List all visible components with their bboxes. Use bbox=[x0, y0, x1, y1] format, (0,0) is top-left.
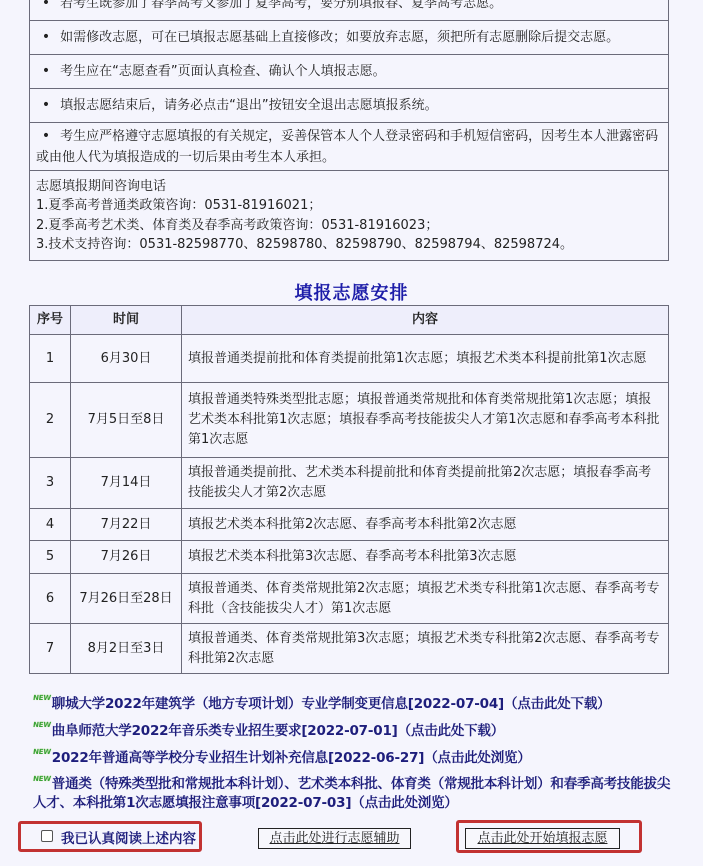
news-link-liaocheng[interactable]: NEW聊城大学2022年建筑学（地方专项计划）专业学制变更信息[2022-07-… bbox=[33, 694, 673, 714]
table-row: 7 8月2日至3日 填报普通类、体育类常规批第3次志愿；填报艺术类专科批第2次志… bbox=[30, 624, 669, 674]
notice-row: • 如需修改志愿，可在已填报志愿基础上直接修改；如要放弃志愿，须把所有志愿删除后… bbox=[30, 21, 669, 55]
notice-text: 若考生既参加了春季高考又参加了夏季高考，要分别填报春、夏季高考志愿。 bbox=[60, 0, 502, 11]
notice-table: • 若考生既参加了春季高考又参加了夏季高考，要分别填报春、夏季高考志愿。 • 如… bbox=[29, 0, 669, 261]
contact-row: 志愿填报期间咨询电话 1.夏季高考普通类政策咨询：0531-81916021； … bbox=[30, 171, 669, 261]
notice-text: 考生应在“志愿查看”页面认真检查、确认个人填报志愿。 bbox=[60, 64, 385, 79]
row-date: 7月22日 bbox=[71, 509, 182, 541]
bullet-icon: • bbox=[36, 27, 56, 47]
assist-button[interactable]: 点击此处进行志愿辅助 bbox=[258, 828, 411, 849]
row-date: 8月2日至3日 bbox=[71, 624, 182, 674]
new-badge-icon: NEW bbox=[32, 775, 51, 783]
row-date: 7月26日 bbox=[71, 541, 182, 574]
column-header-content: 内容 bbox=[182, 306, 669, 335]
new-badge-icon: NEW bbox=[32, 694, 51, 702]
agree-label[interactable]: 我已认真阅读上述内容 bbox=[61, 827, 196, 847]
row-no: 3 bbox=[30, 458, 71, 509]
row-content: 填报普通类、体育类常规批第2次志愿；填报艺术类专科批第1次志愿、春季高考专科批（… bbox=[182, 574, 669, 624]
page: • 若考生既参加了春季高考又参加了夏季高考，要分别填报春、夏季高考志愿。 • 如… bbox=[0, 0, 703, 866]
notice-row: • 考生应严格遵守志愿填报的有关规定，妥善保管本人个人登录密码和手机短信密码，因… bbox=[30, 123, 669, 171]
schedule-title: 填报志愿安排 bbox=[0, 279, 703, 305]
row-no: 7 bbox=[30, 624, 71, 674]
row-no: 1 bbox=[30, 335, 71, 383]
row-content: 填报普通类提前批、艺术类本科提前批和体育类提前批第2次志愿；填报春季高考技能拔尖… bbox=[182, 458, 669, 509]
contact-line: 1.夏季高考普通类政策咨询：0531-81916021； bbox=[36, 196, 662, 216]
notice-text: 如需修改志愿，可在已填报志愿基础上直接修改；如要放弃志愿，须把所有志愿删除后提交… bbox=[60, 30, 619, 45]
bullet-icon: • bbox=[36, 95, 56, 115]
bullet-icon: • bbox=[36, 0, 56, 13]
new-badge-icon: NEW bbox=[32, 721, 51, 729]
table-row: 3 7月14日 填报普通类提前批、艺术类本科提前批和体育类提前批第2次志愿；填报… bbox=[30, 458, 669, 509]
row-content: 填报普通类特殊类型批志愿；填报普通类常规批和体育类常规批第1次志愿；填报艺术类本… bbox=[182, 383, 669, 458]
table-row: 1 6月30日 填报普通类提前批和体育类提前批第1次志愿；填报艺术类本科提前批第… bbox=[30, 335, 669, 383]
start-filing-button[interactable]: 点击此处开始填报志愿 bbox=[465, 828, 620, 849]
table-row: 4 7月22日 填报艺术类本科批第2次志愿、春季高考本科批第2次志愿 bbox=[30, 509, 669, 541]
notice-row: • 若考生既参加了春季高考又参加了夏季高考，要分别填报春、夏季高考志愿。 bbox=[30, 0, 669, 21]
news-link-plan-supplement[interactable]: NEW2022年普通高等学校分专业招生计划补充信息[2022-06-27]（点击… bbox=[33, 748, 673, 768]
row-content: 填报艺术类本科批第2次志愿、春季高考本科批第2次志愿 bbox=[182, 509, 669, 541]
agree-checkbox[interactable] bbox=[41, 830, 53, 842]
notice-row: • 考生应在“志愿查看”页面认真检查、确认个人填报志愿。 bbox=[30, 55, 669, 89]
notice-row: • 填报志愿结束后，请务必点击“退出”按钮安全退出志愿填报系统。 bbox=[30, 89, 669, 123]
contact-line: 3.技术支持咨询：0531-82598770、82598780、82598790… bbox=[36, 235, 662, 255]
column-header-date: 时间 bbox=[71, 306, 182, 335]
news-link-text: 2022年普通高等学校分专业招生计划补充信息[2022-06-27]（点击此处浏… bbox=[52, 750, 531, 766]
contact-title: 志愿填报期间咨询电话 bbox=[36, 177, 662, 197]
row-no: 6 bbox=[30, 574, 71, 624]
row-date: 7月5日至8日 bbox=[71, 383, 182, 458]
row-content: 填报普通类提前批和体育类提前批第1次志愿；填报艺术类本科提前批第1次志愿 bbox=[182, 335, 669, 383]
column-header-no: 序号 bbox=[30, 306, 71, 335]
news-links: NEW聊城大学2022年建筑学（地方专项计划）专业学制变更信息[2022-07-… bbox=[33, 694, 673, 820]
row-content: 填报普通类、体育类常规批第3次志愿；填报艺术类专科批第2次志愿、春季高考专科批第… bbox=[182, 624, 669, 674]
row-content: 填报艺术类本科批第3次志愿、春季高考本科批第3次志愿 bbox=[182, 541, 669, 574]
row-date: 7月26日至28日 bbox=[71, 574, 182, 624]
bullet-icon: • bbox=[36, 61, 56, 81]
table-row: 6 7月26日至28日 填报普通类、体育类常规批第2次志愿；填报艺术类专科批第1… bbox=[30, 574, 669, 624]
table-row: 5 7月26日 填报艺术类本科批第3次志愿、春季高考本科批第3次志愿 bbox=[30, 541, 669, 574]
news-link-qufu[interactable]: NEW曲阜师范大学2022年音乐类专业招生要求[2022-07-01]（点击此处… bbox=[33, 721, 673, 741]
news-link-text: 曲阜师范大学2022年音乐类专业招生要求[2022-07-01]（点击此处下载） bbox=[52, 723, 504, 739]
bullet-icon: • bbox=[36, 126, 56, 147]
row-date: 6月30日 bbox=[71, 335, 182, 383]
row-no: 2 bbox=[30, 383, 71, 458]
row-no: 5 bbox=[30, 541, 71, 574]
row-no: 4 bbox=[30, 509, 71, 541]
row-date: 7月14日 bbox=[71, 458, 182, 509]
notice-text: 考生应严格遵守志愿填报的有关规定，妥善保管本人个人登录密码和手机短信密码，因考生… bbox=[36, 129, 658, 165]
schedule-table: 序号 时间 内容 1 6月30日 填报普通类提前批和体育类提前批第1次志愿；填报… bbox=[29, 305, 669, 674]
new-badge-icon: NEW bbox=[32, 748, 51, 756]
news-link-filing-notes[interactable]: NEW普通类（特殊类型批和常规批本科计划）、艺术类本科批、体育类（常规批本科计划… bbox=[33, 775, 673, 813]
notice-text: 填报志愿结束后，请务必点击“退出”按钮安全退出志愿填报系统。 bbox=[60, 98, 437, 113]
table-row: 2 7月5日至8日 填报普通类特殊类型批志愿；填报普通类常规批和体育类常规批第1… bbox=[30, 383, 669, 458]
schedule-header-row: 序号 时间 内容 bbox=[30, 306, 669, 335]
contact-line: 2.夏季高考艺术类、体育类及春季高考政策咨询：0531-81916023； bbox=[36, 216, 662, 236]
news-link-text: 普通类（特殊类型批和常规批本科计划）、艺术类本科批、体育类（常规批本科计划）和春… bbox=[33, 776, 670, 811]
news-link-text: 聊城大学2022年建筑学（地方专项计划）专业学制变更信息[2022-07-04]… bbox=[52, 696, 611, 712]
